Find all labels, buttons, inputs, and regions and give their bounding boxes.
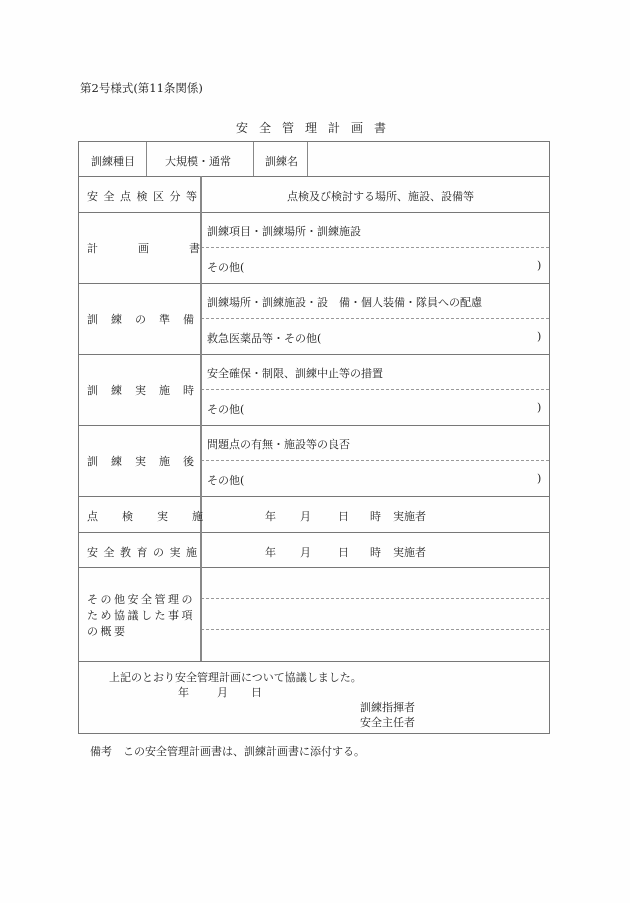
close-paren: ) xyxy=(537,259,541,272)
category-header: 安全点検区分等 xyxy=(87,188,203,204)
inspection-year[interactable]: 年 xyxy=(265,508,276,524)
section-other[interactable]: その他( xyxy=(207,401,244,417)
note: 備考 この安全管理計画書は、訓練計画書に添付する。 xyxy=(90,743,365,759)
form-number: 第2号様式(第11条関係) xyxy=(80,80,203,96)
section-label-during: 訓練実施時 xyxy=(87,382,207,398)
row-divider xyxy=(79,661,549,662)
other-matters-label-1: その他安全管理の xyxy=(87,591,195,607)
inspection-hour[interactable]: 時 xyxy=(370,508,381,524)
training-name-label: 訓練名 xyxy=(265,153,298,169)
agreement-year[interactable]: 年 xyxy=(178,684,189,700)
row-divider xyxy=(79,532,549,533)
education-hour[interactable]: 時 xyxy=(370,544,381,560)
safety-officer-label[interactable]: 安全主任者 xyxy=(360,714,415,730)
dashed-divider xyxy=(201,598,549,599)
section-label-after: 訓練実施後 xyxy=(87,453,207,469)
section-other[interactable]: その他( xyxy=(207,259,244,275)
section-item: 安全確保・制限、訓練中止等の措置 xyxy=(207,365,383,381)
education-label: 安全教育の実施 xyxy=(87,544,203,560)
row-divider xyxy=(79,567,549,568)
close-paren: ) xyxy=(537,401,541,414)
section-item: 訓練場所・訓練施設・設 備・個人装備・隊員への配慮 xyxy=(207,294,482,310)
section-other[interactable]: 救急医薬品等・その他( xyxy=(207,330,321,346)
agreement-month[interactable]: 月 xyxy=(217,684,228,700)
training-commander-label[interactable]: 訓練指揮者 xyxy=(360,699,415,715)
training-type-label: 訓練種目 xyxy=(91,153,135,169)
training-type-value: 大規模・通常 xyxy=(165,153,231,169)
inspection-label: 点検実施 xyxy=(87,508,227,524)
row-divider xyxy=(79,176,549,177)
other-matters-label-3: の概要 xyxy=(87,623,128,639)
row-divider xyxy=(79,496,549,497)
agreement-statement: 上記のとおり安全管理計画について協議しました。 xyxy=(109,669,362,685)
dashed-divider xyxy=(201,629,549,630)
row-divider xyxy=(79,354,549,355)
education-month[interactable]: 月 xyxy=(300,544,311,560)
close-paren: ) xyxy=(537,330,541,343)
row-divider xyxy=(79,425,549,426)
agreement-day[interactable]: 日 xyxy=(251,684,262,700)
section-item: 訓練項目・訓練場所・訓練施設 xyxy=(207,223,361,239)
dashed-divider xyxy=(201,389,549,390)
inspection-implementer[interactable]: 実施者 xyxy=(393,508,426,524)
education-year[interactable]: 年 xyxy=(265,544,276,560)
other-matters-label-2: ため協議した事項 xyxy=(87,607,195,623)
row-divider xyxy=(79,283,549,284)
dashed-divider xyxy=(201,460,549,461)
inspection-day[interactable]: 日 xyxy=(338,508,349,524)
document-title: 安全管理計画書 xyxy=(236,119,397,136)
dashed-divider xyxy=(201,318,549,319)
col-divider xyxy=(253,142,254,176)
safety-plan-table: 訓練種目 大規模・通常 訓練名 安全点検区分等 点検及び検討する場所、施設、設備… xyxy=(78,141,550,734)
section-label-plan: 計画書 xyxy=(87,240,240,256)
education-implementer[interactable]: 実施者 xyxy=(393,544,426,560)
dashed-divider xyxy=(201,247,549,248)
col-divider xyxy=(146,142,147,176)
section-item: 問題点の有無・施設等の良否 xyxy=(207,436,350,452)
inspection-month[interactable]: 月 xyxy=(300,508,311,524)
row-divider xyxy=(79,212,549,213)
col-divider xyxy=(307,142,308,176)
section-other[interactable]: その他( xyxy=(207,472,244,488)
section-label-preparation: 訓練の準備 xyxy=(87,311,207,327)
education-day[interactable]: 日 xyxy=(338,544,349,560)
close-paren: ) xyxy=(537,472,541,485)
items-header: 点検及び検討する場所、施設、設備等 xyxy=(287,188,474,204)
